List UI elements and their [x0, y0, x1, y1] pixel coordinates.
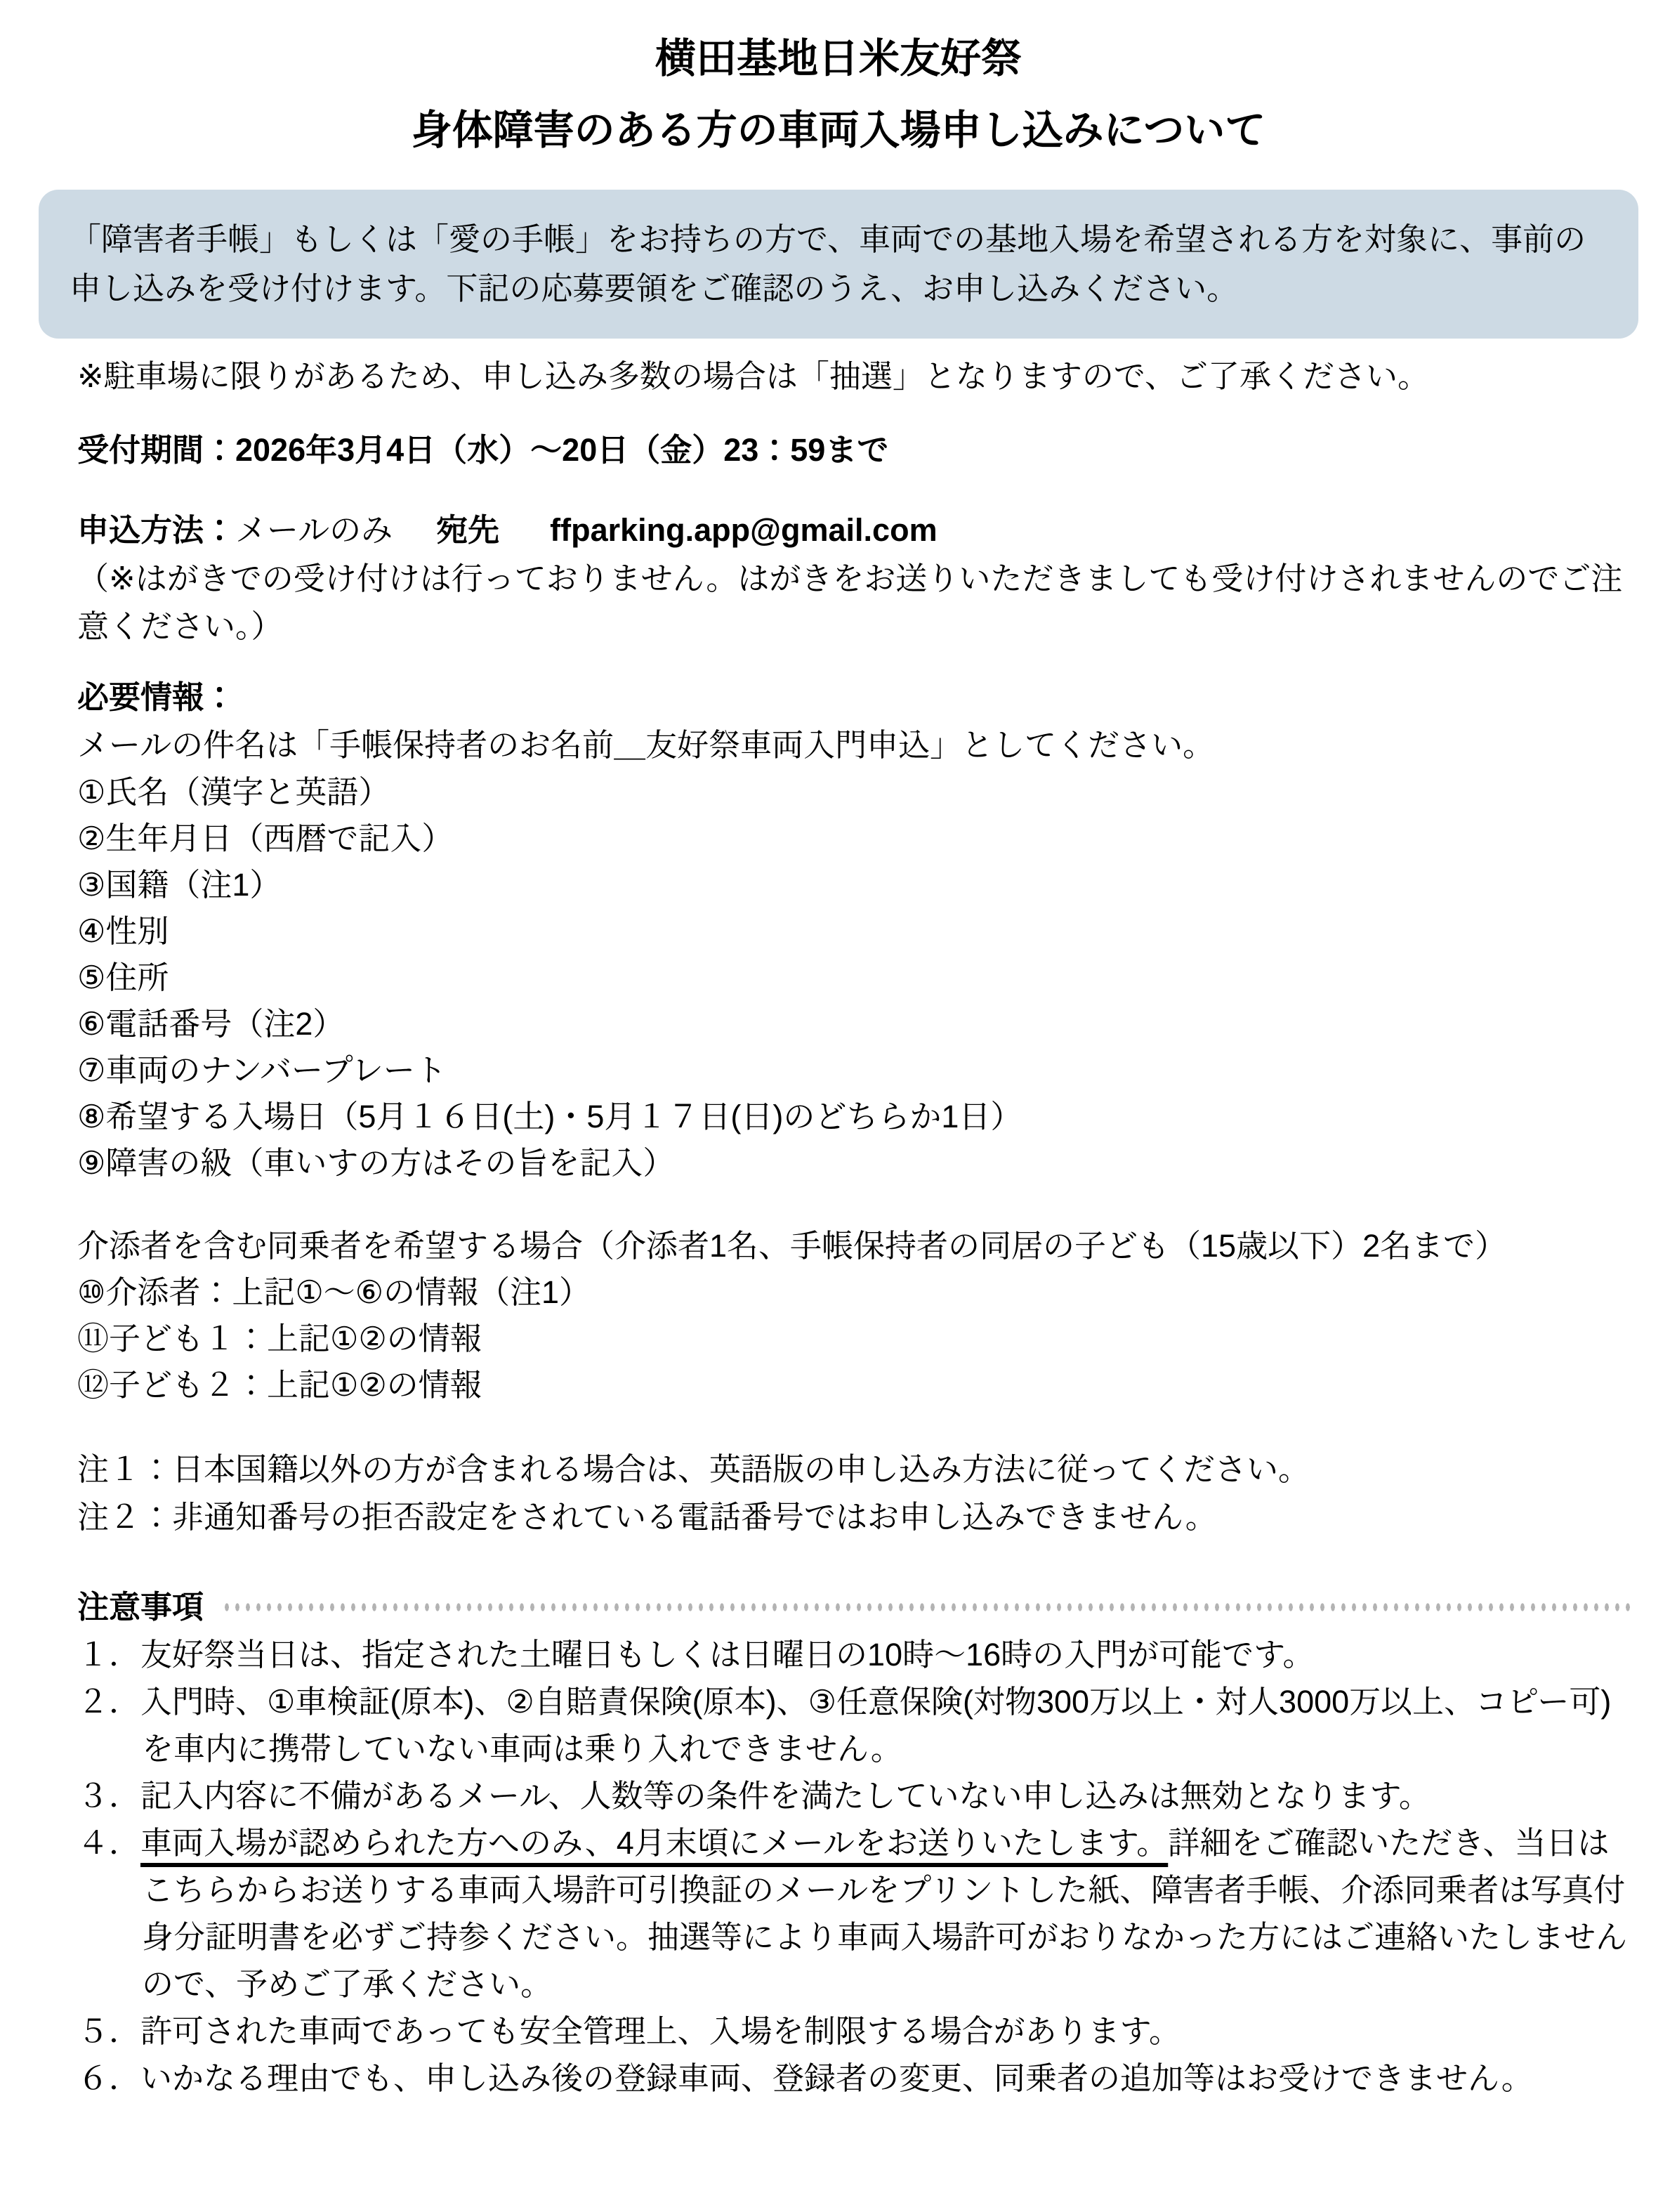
page-title-line1: 横田基地日米友好祭: [0, 0, 1677, 81]
caution-item-underlined-text: 車両入場が認められた方へのみ、4月末頃にメールをお送りいたします。: [140, 1825, 1168, 1861]
companion-item-2: ⑪子ども１：上記①②の情報: [77, 1316, 1632, 1362]
caution-item-number: ６．: [77, 2060, 140, 2096]
footnotes: 注１：日本国籍以外の方が含まれる場合は、英語版の申し込み方法に従ってください。 …: [77, 1446, 1632, 1541]
required-info-heading: 必要情報：: [77, 674, 1632, 721]
application-method-label: 申込方法：: [77, 512, 235, 548]
caution-item-4: ４．車両入場が認められた方へのみ、4月末頃にメールをお送りいたします。詳細をご確…: [77, 1819, 1632, 2008]
caution-item-2: ２．入門時、①車検証(原本)、②自賠責保険(原本)、③任意保険(対物300万以上…: [77, 1678, 1632, 1772]
postcard-note: （※はがきでの受け付けは行っておりません。はがきをお送りいただきましても受け付け…: [77, 555, 1632, 650]
application-email-address: ffparking.app@gmail.com: [550, 512, 937, 548]
caution-item-number: ５．: [77, 2013, 140, 2049]
required-info-item-9: ⑨障害の級（車いすの方はその旨を記入）: [77, 1140, 1632, 1186]
caution-item-6: ６．いかなる理由でも、申し込み後の登録車両、登録者の変更、同乗者の追加等はお受け…: [77, 2055, 1632, 2102]
cautions-list: １．友好祭当日は、指定された土曜日もしくは日曜日の10時～16時の入門が可能です…: [77, 1631, 1632, 2102]
reception-period: 受付期間：2026年3月4日（水）～20日（金）23：59まで: [77, 426, 1632, 474]
caution-item-number: ４．: [77, 1825, 140, 1861]
required-info-item-6: ⑥電話番号（注2）: [77, 1001, 1632, 1047]
required-info-item-5: ⑤住所: [77, 955, 1632, 1001]
document-page: 横田基地日米友好祭 身体障害のある方の車両入場申し込みについて 「障害者手帳」も…: [0, 0, 1677, 2212]
document-body: ※駐車場に限りがあるため、申し込み多数の場合は「抽選」となりますので、ご了承くだ…: [0, 353, 1677, 2102]
caution-item-number: ３．: [77, 1778, 140, 1814]
cautions-heading-row: 注意事項: [77, 1583, 1632, 1631]
required-info-item-3: ③国籍（注1）: [77, 862, 1632, 908]
application-method-line: 申込方法：メールのみ宛先ffparking.app@gmail.com: [77, 506, 1632, 554]
caution-item-number: ２．: [77, 1684, 140, 1720]
caution-item-1: １．友好祭当日は、指定された土曜日もしくは日曜日の10時～16時の入門が可能です…: [77, 1631, 1632, 1678]
required-info-item-7: ⑦車両のナンバープレート: [77, 1047, 1632, 1094]
page-title-line2: 身体障害のある方の車両入場申し込みについて: [0, 108, 1677, 153]
footnote-1: 注１：日本国籍以外の方が含まれる場合は、英語版の申し込み方法に従ってください。: [77, 1446, 1632, 1493]
companion-item-3: ⑫子ども２：上記①②の情報: [77, 1362, 1632, 1408]
companion-intro: 介添者を含む同乗者を希望する場合（介添者1名、手帳保持者の同居の子ども（15歳以…: [77, 1223, 1632, 1269]
caution-item-text: 記入内容に不備があるメール、人数等の条件を満たしていない申し込みは無効となります…: [140, 1778, 1431, 1814]
mail-subject-note: メールの件名は「手帳保持者のお名前＿友好祭車両入門申込」としてください。: [77, 721, 1632, 769]
caution-item-text: いかなる理由でも、申し込み後の登録車両、登録者の変更、同乗者の追加等はお受けでき…: [140, 2060, 1533, 2096]
caution-item-text: 友好祭当日は、指定された土曜日もしくは日曜日の10時～16時の入門が可能です。: [140, 1637, 1315, 1673]
lottery-note: ※駐車場に限りがあるため、申し込み多数の場合は「抽選」となりますので、ご了承くだ…: [77, 353, 1632, 400]
companion-list: ⑩介添者：上記①～⑥の情報（注1） ⑪子ども１：上記①②の情報 ⑫子ども２：上記…: [77, 1269, 1632, 1408]
companion-item-1: ⑩介添者：上記①～⑥の情報（注1）: [77, 1269, 1632, 1316]
caution-item-5: ５．許可された車両であっても安全管理上、入場を制限する場合があります。: [77, 2008, 1632, 2055]
caution-item-number: １．: [77, 1637, 140, 1673]
required-info-item-8: ⑧希望する入場日（5月１６日(土)・5月１７日(日)のどちらか1日）: [77, 1094, 1632, 1140]
caution-item-text: 入門時、①車検証(原本)、②自賠責保険(原本)、③任意保険(対物300万以上・対…: [140, 1684, 1611, 1767]
required-info-item-2: ②生年月日（西暦で記入）: [77, 816, 1632, 862]
caution-item-text: 許可された車両であっても安全管理上、入場を制限する場合があります。: [140, 2013, 1181, 2049]
caution-item-3: ３．記入内容に不備があるメール、人数等の条件を満たしていない申し込みは無効となり…: [77, 1772, 1632, 1819]
application-to-label: 宛先: [436, 512, 499, 548]
required-info-item-1: ①氏名（漢字と英語）: [77, 769, 1632, 816]
required-info-list: ①氏名（漢字と英語） ②生年月日（西暦で記入） ③国籍（注1） ④性別 ⑤住所 …: [77, 769, 1632, 1186]
dotted-divider: [222, 1601, 1632, 1614]
cautions-heading: 注意事項: [77, 1583, 204, 1631]
footnote-2: 注２：非通知番号の拒否設定をされている電話番号ではお申し込みできません。: [77, 1493, 1632, 1541]
required-info-item-4: ④性別: [77, 908, 1632, 955]
application-method-value: メールのみ: [235, 512, 393, 548]
intro-text: 「障害者手帳」もしくは「愛の手帳」をお持ちの方で、車両での基地入場を希望される方…: [70, 215, 1607, 313]
intro-highlight-box: 「障害者手帳」もしくは「愛の手帳」をお持ちの方で、車両での基地入場を希望される方…: [39, 190, 1638, 339]
